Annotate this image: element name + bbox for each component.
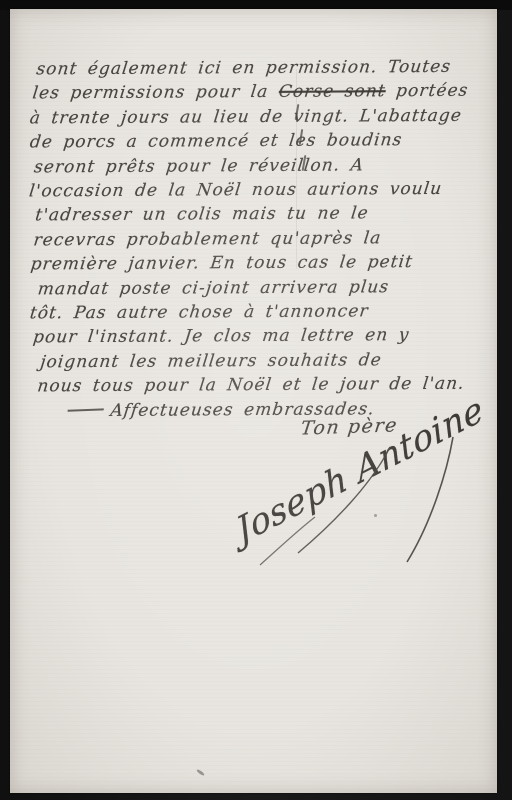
letter-line-text: à trente jours au lieu de vingt. L'abatt… — [29, 106, 463, 129]
letter-line-text: tôt. Pas autre chose à t'annoncer — [29, 301, 370, 323]
letter-line: nous tous pour la Noël et le jour de l'a… — [36, 372, 495, 399]
letter-page: sont également ici en permission. Toutes… — [10, 9, 497, 793]
letter-line-text: portées — [395, 81, 470, 101]
letter-line: sont également ici en permission. Toutes — [35, 55, 493, 82]
letter-line: à trente jours au lieu de vingt. L'abatt… — [28, 103, 493, 130]
letter-line: t'adresser un colis mais tu ne le — [34, 201, 494, 228]
letter-line-text: recevras probablement qu'après la — [32, 228, 382, 250]
letter-line: seront prêts pour le réveillon. A — [33, 152, 494, 179]
struck-word: Corse sont — [278, 82, 387, 103]
scan-background: sont également ici en permission. Toutes… — [0, 0, 512, 800]
ink-speck — [374, 514, 377, 517]
letter-line: tôt. Pas autre chose à t'annoncer — [29, 299, 495, 326]
pen-flourish-dash — [68, 408, 104, 411]
letter-line: les permissions pour la Corse sont porté… — [31, 79, 493, 106]
letter-line-text: l'occasion de la Noël nous aurions voulu — [28, 179, 443, 202]
letter-line-text: nous tous pour la Noël et le jour de l'a… — [36, 374, 466, 397]
ink-speck — [418, 65, 420, 67]
letter-line: de porcs a commencé et les boudins — [28, 128, 493, 155]
letter-line-text: sont également ici en permission. Toutes — [35, 57, 452, 80]
letter-line-text: première janvier. En tous cas le petit — [30, 252, 415, 274]
letter-line-text: mandat poste ci-joint arrivera plus — [37, 277, 391, 299]
letter-line: première janvier. En tous cas le petit — [29, 250, 494, 277]
ink-speck — [196, 769, 205, 777]
letter-line-text: joignant les meilleurs souhaits de — [39, 350, 383, 372]
letter-line-text: les permissions pour la — [31, 82, 269, 103]
letter-line-text: seront prêts pour le réveillon. A — [33, 155, 365, 177]
letter-line: joignant les meilleurs souhaits de — [39, 347, 495, 374]
letter-line: pour l'instant. Je clos ma lettre en y — [32, 323, 495, 350]
letter-line-text: t'adresser un colis mais tu ne le — [34, 204, 370, 226]
letter-line: recevras probablement qu'après la — [32, 225, 494, 252]
letter-line: mandat poste ci-joint arrivera plus — [36, 274, 494, 301]
letter-line: l'occasion de la Noël nous aurions voulu — [28, 177, 494, 204]
letter-line-text: de porcs a commencé et les boudins — [29, 130, 404, 152]
letter-line-text: pour l'instant. Je clos ma lettre en y — [32, 326, 411, 348]
letter-body: sont également ici en permission. Toutes… — [28, 55, 492, 424]
